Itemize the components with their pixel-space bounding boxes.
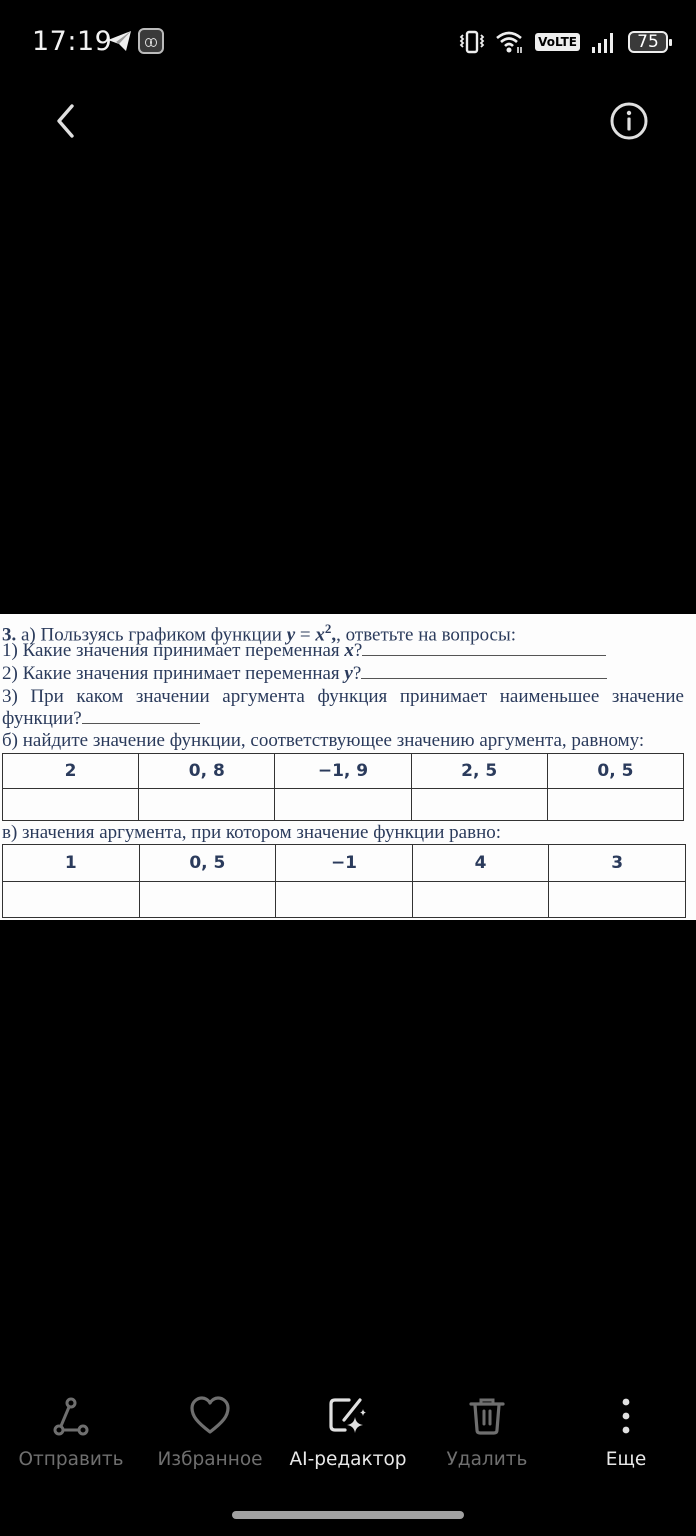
answer-cell xyxy=(276,882,413,918)
share-button[interactable]: Отправить xyxy=(1,1395,141,1475)
trash-icon xyxy=(467,1396,507,1436)
delete-label: Удалить xyxy=(447,1449,528,1470)
favorite-button[interactable]: Избранное xyxy=(140,1395,280,1475)
info-button[interactable] xyxy=(608,100,650,142)
answer-cell xyxy=(275,789,411,821)
table-cell: 4 xyxy=(412,845,549,882)
part-c-instruction: в) значения аргумента, при котором значе… xyxy=(2,822,501,844)
answer-cell xyxy=(3,789,139,821)
photo-viewer-image[interactable]: 3. а) Пользуясь графиком функции y = x2,… xyxy=(0,614,696,920)
q1-mark: ? xyxy=(354,640,362,661)
q1-text: 1) Какие значения принимает переменная xyxy=(2,640,344,661)
table-cell: 1 xyxy=(3,845,140,882)
q2-text: 2) Какие значения принимает переменная xyxy=(2,663,344,684)
favorite-label: Избранное xyxy=(157,1449,262,1470)
heart-icon xyxy=(189,1396,231,1436)
table-argument-values: 2 0, 8 −1, 9 2, 5 0, 5 xyxy=(2,753,684,821)
answer-cell xyxy=(412,882,549,918)
share-icon xyxy=(51,1396,91,1436)
telegram-icon xyxy=(107,30,133,52)
answer-cell xyxy=(549,882,686,918)
question-1: 1) Какие значения принимает переменная x… xyxy=(2,640,606,662)
answer-cell xyxy=(139,789,275,821)
table-row xyxy=(3,882,686,918)
q2-mark: ? xyxy=(353,663,361,684)
answer-cell xyxy=(139,882,276,918)
table-cell: −1 xyxy=(276,845,413,882)
back-button[interactable] xyxy=(46,100,86,142)
table-row: 2 0, 8 −1, 9 2, 5 0, 5 xyxy=(3,754,684,789)
status-bar: 17:19 VoLTE 75 xyxy=(0,0,696,82)
volte-badge: VoLTE xyxy=(535,33,580,51)
table-row xyxy=(3,789,684,821)
table-cell: −1, 9 xyxy=(275,754,411,789)
chevron-left-icon xyxy=(54,103,78,139)
ai-editor-button[interactable]: AI-редактор xyxy=(278,1395,418,1475)
q1-variable: x xyxy=(344,640,354,661)
more-vertical-icon xyxy=(620,1396,632,1436)
bottom-toolbar: Отправить Избранное AI-редактор xyxy=(0,1395,696,1485)
wifi-icon xyxy=(495,29,525,55)
vibrate-icon xyxy=(459,29,485,55)
info-circle-icon xyxy=(609,101,649,141)
part-b-instruction: б) найдите значение функции, соответству… xyxy=(2,730,644,752)
answer-cell xyxy=(411,789,547,821)
app-notification-icon xyxy=(138,28,164,54)
q3-line2-text: функции? xyxy=(2,708,82,729)
answer-blank-2 xyxy=(361,678,607,679)
answer-blank-3 xyxy=(82,723,200,724)
table-cell: 0, 8 xyxy=(139,754,275,789)
answer-cell xyxy=(3,882,140,918)
more-button[interactable]: Еще xyxy=(556,1395,696,1475)
share-label: Отправить xyxy=(18,1449,123,1470)
ai-edit-icon xyxy=(327,1396,369,1436)
status-time: 17:19 xyxy=(32,26,112,57)
table-cell: 2 xyxy=(3,754,139,789)
table-function-values: 1 0, 5 −1 4 3 xyxy=(2,844,686,918)
question-3-line-2: функции? xyxy=(2,708,200,730)
table-row: 1 0, 5 −1 4 3 xyxy=(3,845,686,882)
home-indicator[interactable] xyxy=(232,1511,464,1519)
table-cell: 3 xyxy=(549,845,686,882)
more-label: Еще xyxy=(606,1449,647,1470)
table-cell: 2, 5 xyxy=(411,754,547,789)
signal-icon xyxy=(590,30,618,54)
battery-icon: 75 xyxy=(628,31,668,53)
q2-variable: y xyxy=(344,663,352,684)
question-2: 2) Какие значения принимает переменная y… xyxy=(2,663,607,685)
answer-blank-1 xyxy=(362,655,606,656)
table-cell: 0, 5 xyxy=(139,845,276,882)
delete-button[interactable]: Удалить xyxy=(417,1395,557,1475)
answer-cell xyxy=(547,789,683,821)
table-cell: 0, 5 xyxy=(547,754,683,789)
ai-editor-label: AI-редактор xyxy=(289,1449,406,1470)
question-3-line-1: 3) При каком значении аргумента функция … xyxy=(2,686,684,708)
